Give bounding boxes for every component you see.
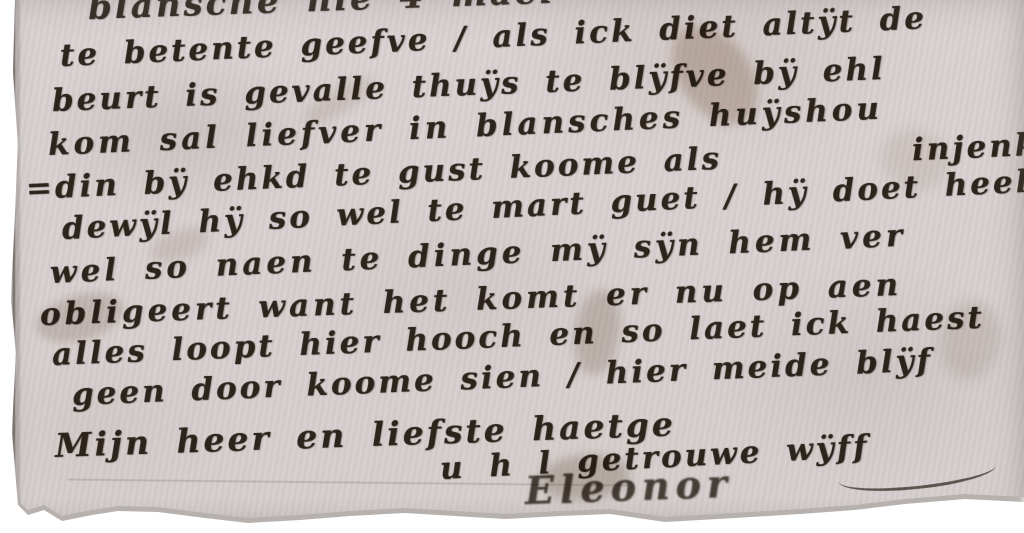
scanned-letter: blansche nie 4 mael te betente geefve / …: [0, 0, 1024, 533]
manuscript-paper: blansche nie 4 mael te betente geefve / …: [0, 0, 1024, 533]
signature: Eleonor: [524, 461, 733, 513]
paper-left-edge: [8, 0, 24, 533]
